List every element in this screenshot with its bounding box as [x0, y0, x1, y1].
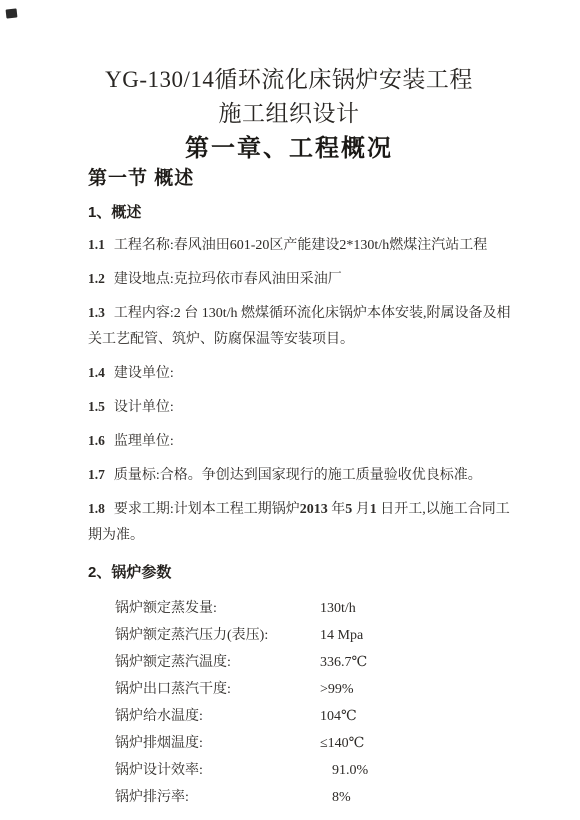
- param-row-blowdown-rate: 锅炉排污率: 8%: [88, 784, 514, 811]
- param-row-rated-steam-pressure: 锅炉额定蒸汽压力(表压): 14 Mpa: [88, 622, 514, 649]
- clause-text: 设计单位:: [114, 400, 174, 415]
- clause-location: 1.2建设地点:克拉玛依市春风油田采油厂: [88, 266, 514, 293]
- clause-number: 1.4: [88, 360, 105, 386]
- clause-quality: 1.7质量标:合格。争创达到国家现行的施工质量验收优良标准。: [88, 462, 514, 489]
- schedule-segment: 要求工期:计划本工程工期锅炉: [114, 502, 300, 517]
- param-value: 130t/h: [320, 595, 514, 622]
- clause-text: 要求工期:计划本工程工期锅炉2013 年5 月1 日开工,以施工合同工期为准。: [88, 502, 510, 543]
- clause-supervisor: 1.6监理单位:: [88, 428, 514, 455]
- param-label: 锅炉额定蒸汽温度:: [115, 649, 320, 676]
- clause-number: 1.8: [88, 496, 105, 522]
- param-value: 8%: [320, 784, 514, 811]
- clause-text: 工程内容:2 台 130t/h 燃煤循环流化床锅炉本体安装,附属设备及相关工艺配…: [88, 306, 511, 347]
- clause-number: 1.6: [88, 428, 105, 454]
- schedule-year: 2013: [300, 502, 328, 517]
- title-line-2: 施工组织设计: [58, 97, 520, 131]
- param-value: 14 Mpa: [320, 622, 514, 649]
- clause-scope: 1.3工程内容:2 台 130t/h 燃煤循环流化床锅炉本体安装,附属设备及相关…: [88, 300, 514, 353]
- clause-number: 1.5: [88, 394, 105, 420]
- clause-number: 1.2: [88, 266, 105, 292]
- param-value: ≤140℃: [320, 730, 514, 757]
- title-line-1: YG-130/14循环流化床锅炉安装工程: [58, 63, 520, 97]
- param-row-design-efficiency: 锅炉设计效率: 91.0%: [88, 757, 514, 784]
- param-label: 锅炉排烟温度:: [115, 730, 320, 757]
- param-row-feedwater-temperature: 锅炉给水温度: 104℃: [88, 703, 514, 730]
- schedule-day: 1: [370, 502, 377, 517]
- param-label: 锅炉排污率:: [115, 784, 320, 811]
- schedule-segment: 月: [352, 502, 370, 517]
- document-body: 第一节 概述 1、概述 1.1工程名称:春风油田601-20区产能建设2*130…: [88, 168, 514, 811]
- document-title-block: YG-130/14循环流化床锅炉安装工程 施工组织设计 第一章、工程概况: [58, 63, 520, 168]
- param-label: 锅炉额定蒸发量:: [115, 595, 320, 622]
- clause-text: 建设地点:克拉玛依市春风油田采油厂: [114, 272, 342, 287]
- clause-text: 质量标:合格。争创达到国家现行的施工质量验收优良标准。: [114, 468, 482, 483]
- clause-text: 工程名称:春风油田601-20区产能建设2*130t/h燃煤注汽站工程: [114, 238, 487, 253]
- param-row-rated-evaporation: 锅炉额定蒸发量: 130t/h: [88, 595, 514, 622]
- param-value: 336.7℃: [320, 649, 514, 676]
- schedule-segment: 年: [328, 502, 346, 517]
- overview-heading: 1、概述: [88, 204, 514, 222]
- param-value: >99%: [320, 676, 514, 703]
- chapter-heading: 第一章、工程概况: [58, 131, 520, 168]
- boiler-params-heading: 2、锅炉参数: [88, 563, 514, 583]
- clause-schedule: 1.8要求工期:计划本工程工期锅炉2013 年5 月1 日开工,以施工合同工期为…: [88, 496, 514, 549]
- document-page: YG-130/14循环流化床锅炉安装工程 施工组织设计 第一章、工程概况 第一节…: [0, 0, 580, 820]
- boiler-params-table: 锅炉额定蒸发量: 130t/h 锅炉额定蒸汽压力(表压): 14 Mpa 锅炉额…: [88, 595, 514, 811]
- clause-number: 1.3: [88, 300, 105, 326]
- clause-number: 1.1: [88, 232, 105, 258]
- param-value: 104℃: [320, 703, 514, 730]
- clause-designer: 1.5设计单位:: [88, 394, 514, 421]
- param-label: 锅炉设计效率:: [115, 757, 320, 784]
- param-value: 91.0%: [320, 757, 514, 784]
- param-label: 锅炉额定蒸汽压力(表压):: [115, 622, 320, 649]
- clause-number: 1.7: [88, 462, 105, 488]
- param-row-rated-steam-temperature: 锅炉额定蒸汽温度: 336.7℃: [88, 649, 514, 676]
- scan-artifact-mark: [6, 8, 18, 18]
- clause-project-name: 1.1工程名称:春风油田601-20区产能建设2*130t/h燃煤注汽站工程: [88, 232, 514, 259]
- section-heading: 第一节 概述: [88, 168, 514, 190]
- param-row-exhaust-temperature: 锅炉排烟温度: ≤140℃: [88, 730, 514, 757]
- param-row-outlet-steam-dryness: 锅炉出口蒸汽干度: >99%: [88, 676, 514, 703]
- param-label: 锅炉给水温度:: [115, 703, 320, 730]
- clause-owner: 1.4建设单位:: [88, 360, 514, 387]
- clause-text: 监理单位:: [114, 434, 174, 449]
- param-label: 锅炉出口蒸汽干度:: [115, 676, 320, 703]
- clause-text: 建设单位:: [114, 366, 174, 381]
